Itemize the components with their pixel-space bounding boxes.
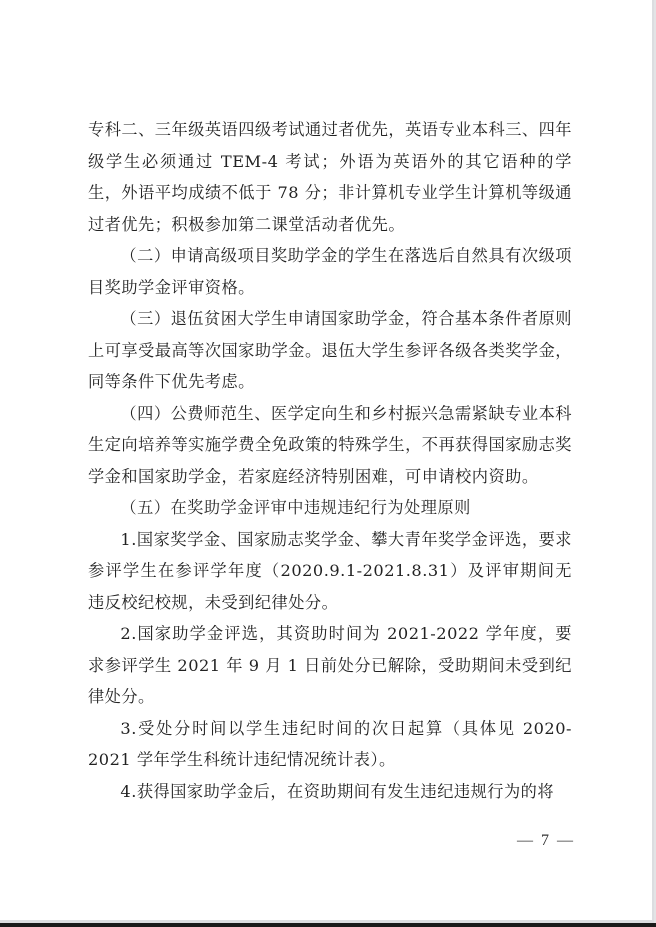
paragraph-item-3: （三）退伍贫困大学生申请国家助学金，符合基本条件者原则上可享受最高等次国家助学金… bbox=[88, 303, 572, 398]
paragraph-rule-1: 1.国家奖学金、国家励志奖学金、攀大青年奖学金评选，要求参评学生在参评学年度（2… bbox=[88, 524, 572, 619]
page-number: — 7 — bbox=[517, 832, 575, 850]
paragraph-rule-2: 2.国家助学金评选，其资助时间为 2021-2022 学年度，要求参评学生 20… bbox=[88, 618, 572, 713]
paragraph-item-4: （四）公费师范生、医学定向生和乡村振兴急需紧缺专业本科生定向培养等实施学费全免政… bbox=[88, 398, 572, 493]
page-bottom-border bbox=[0, 923, 656, 927]
paragraph-rule-3: 3.受处分时间以学生违纪时间的次日起算（具体见 2020-2021 学年学生科统… bbox=[88, 713, 572, 776]
paragraph-rule-4: 4.获得国家助学金后，在资助期间有发生违纪违规行为的将 bbox=[88, 776, 572, 808]
document-body: 专科二、三年级英语四级考试通过者优先，英语专业本科三、四年级学生必须通过 TEM… bbox=[88, 114, 572, 807]
paragraph-item-2: （二）申请高级项目奖助学金的学生在落选后自然具有次级项目奖助学金评审资格。 bbox=[88, 240, 572, 303]
section-heading-5: （五）在奖助学金评审中违规违纪行为处理原则 bbox=[88, 492, 572, 524]
document-page: 专科二、三年级英语四级考试通过者优先，英语专业本科三、四年级学生必须通过 TEM… bbox=[0, 0, 654, 923]
paragraph-continued: 专科二、三年级英语四级考试通过者优先，英语专业本科三、四年级学生必须通过 TEM… bbox=[88, 114, 572, 240]
